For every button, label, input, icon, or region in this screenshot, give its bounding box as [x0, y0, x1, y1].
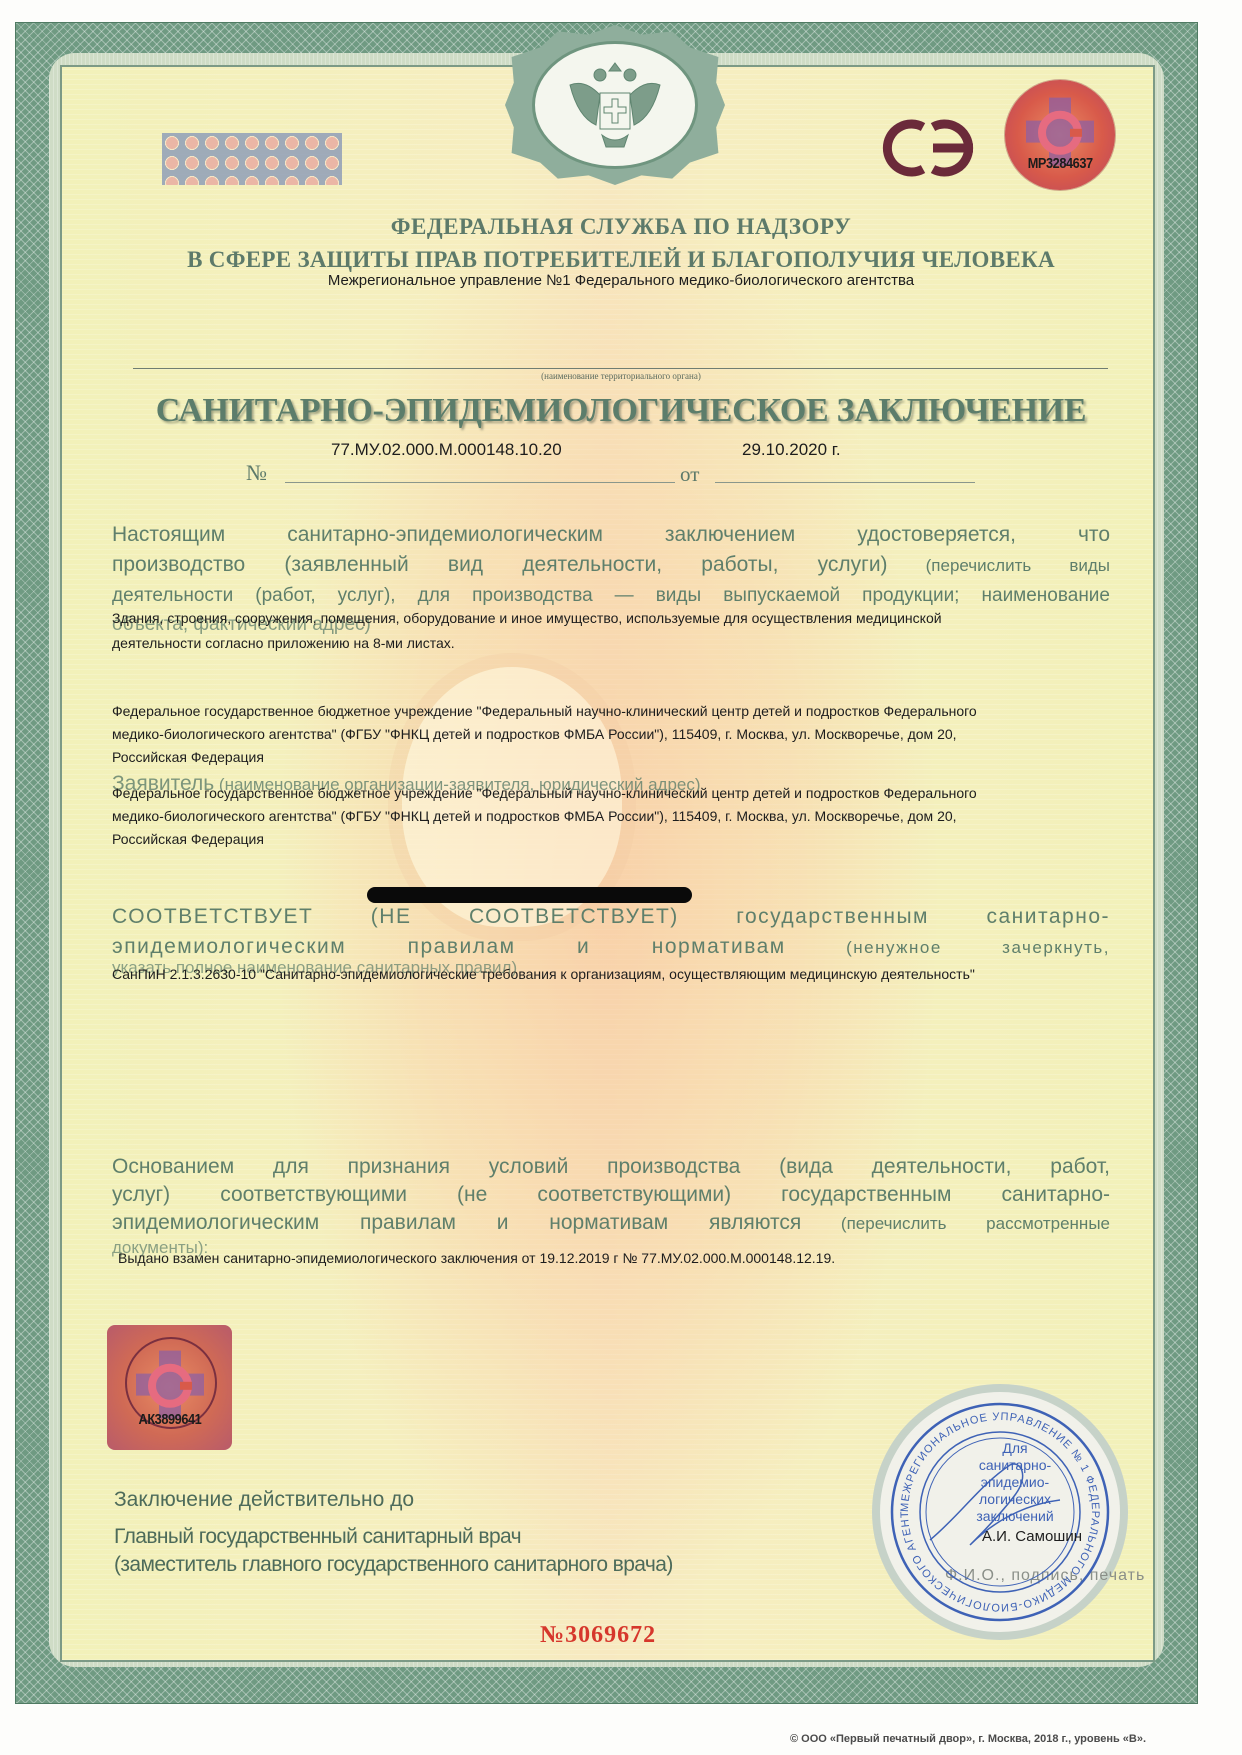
- conformity-mark-icon: [875, 113, 985, 183]
- number-label: №: [246, 460, 267, 486]
- date-rule: [715, 482, 975, 483]
- hologram-seal-top: МР3284637: [1005, 80, 1115, 190]
- document-number: 77.МУ.02.000.М.000148.10.20: [331, 440, 562, 460]
- printer-imprint: © ООО «Первый печатный двор», г. Москва,…: [790, 1733, 1146, 1745]
- territorial-body-rule: [133, 368, 1108, 369]
- hologram-seal-bottom: АК3899641: [107, 1325, 232, 1450]
- rospotrebnadzor-logo-icon: [1038, 111, 1082, 155]
- agency-name-line-1: ФЕДЕРАЛЬНАЯ СЛУЖБА ПО НАДЗОРУ: [0, 214, 1242, 240]
- applicant-fill: Федеральное государственное бюджетное уч…: [112, 782, 1110, 851]
- number-rule: [285, 482, 675, 483]
- deputy-chief-doctor-title: (заместитель главного государственного с…: [114, 1553, 673, 1577]
- intro-paragraph: Настоящим санитарно-эпидемиологическим з…: [112, 520, 1110, 611]
- chief-doctor-title: Главный государственный санитарный врач: [114, 1525, 521, 1549]
- territorial-body-caption: (наименование территориального органа): [0, 371, 1242, 381]
- basis-paragraph: Основанием для признания условий произво…: [112, 1153, 1110, 1238]
- document-date: 29.10.2020 г.: [742, 440, 841, 460]
- blank-serial-number: №3069672: [540, 1622, 656, 1649]
- organization-fill: Федеральное государственное бюджетное уч…: [112, 700, 1110, 769]
- strikethrough-mark: [367, 887, 692, 903]
- double-headed-eagle-icon: [560, 55, 670, 155]
- valid-until-label: Заключение действительно до: [114, 1488, 414, 1512]
- hologram-serial: МР3284637: [1028, 155, 1093, 172]
- date-label: от: [680, 462, 699, 487]
- activity-fill: Здания, строения, сооружения, помещения,…: [112, 606, 1110, 656]
- agency-name-line-2: В СФЕРЕ ЗАЩИТЫ ПРАВ ПОТРЕБИТЕЛЕЙ И БЛАГО…: [0, 247, 1242, 273]
- territorial-body: Межрегиональное управление №1 Федерально…: [0, 272, 1242, 289]
- rospotrebnadzor-logo-icon: [148, 1363, 192, 1407]
- document-title: САНИТАРНО-ЭПИДЕМИОЛОГИЧЕСКОЕ ЗАКЛЮЧЕНИЕ: [0, 392, 1242, 430]
- basis-fill: Выдано взамен санитарно-эпидемиологическ…: [118, 1250, 835, 1266]
- coat-of-arms-icon: [505, 25, 725, 185]
- conformity-statement: СООТВЕТСТВУЕТ (НЕ СООТВЕТСТВУЕТ) государ…: [112, 902, 1110, 963]
- sanpin-fill: СанПиН 2.1.3.2630-10 "Санитарно-эпидемио…: [112, 966, 975, 982]
- hologram-strip: [162, 133, 342, 185]
- hologram-serial: АК3899641: [138, 1411, 201, 1428]
- signer-name: А.И. Самошин: [982, 1528, 1082, 1545]
